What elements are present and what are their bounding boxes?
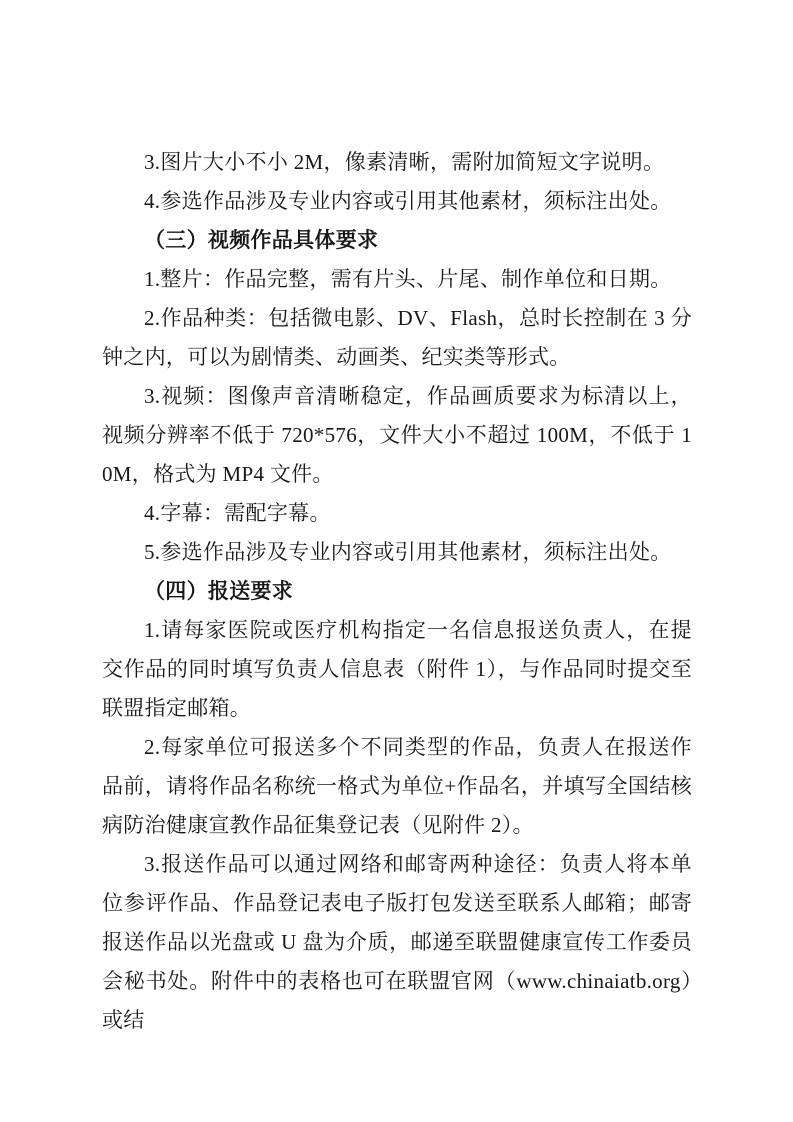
- rule-photo-citation: 4.参选作品涉及专业内容或引用其他素材，须标注出处。: [102, 182, 692, 221]
- rule-video-quality: 3.视频：图像声音清晰稳定，作品画质要求为标清以上，视频分辨率不低于 720*5…: [102, 377, 692, 494]
- rule-video-completeness: 1.整片：作品完整，需有片头、片尾、制作单位和日期。: [102, 260, 692, 299]
- heading-video-requirements: （三）视频作品具体要求: [102, 221, 692, 260]
- document-body: 3.图片大小不小 2M，像素清晰，需附加简短文字说明。 4.参选作品涉及专业内容…: [102, 143, 692, 1040]
- para-submission-naming-and-form: 2.每家单位可报送多个不同类型的作品，负责人在报送作品前，请将作品名称统一格式为…: [102, 728, 692, 845]
- rule-photo-size: 3.图片大小不小 2M，像素清晰，需附加简短文字说明。: [102, 143, 692, 182]
- heading-submission-requirements: （四）报送要求: [102, 572, 692, 611]
- rule-video-citation: 5.参选作品涉及专业内容或引用其他素材，须标注出处。: [102, 533, 692, 572]
- rule-video-subtitles: 4.字幕：需配字幕。: [102, 494, 692, 533]
- para-submission-contact-person: 1.请每家医院或医疗机构指定一名信息报送负责人，在提交作品的同时填写负责人信息表…: [102, 611, 692, 728]
- rule-video-types: 2.作品种类：包括微电影、DV、Flash，总时长控制在 3 分钟之内，可以为剧…: [102, 299, 692, 377]
- document-page: 3.图片大小不小 2M，像素清晰，需附加简短文字说明。 4.参选作品涉及专业内容…: [0, 0, 793, 1122]
- para-submission-channels: 3.报送作品可以通过网络和邮寄两种途径：负责人将本单位参评作品、作品登记表电子版…: [102, 845, 692, 1040]
